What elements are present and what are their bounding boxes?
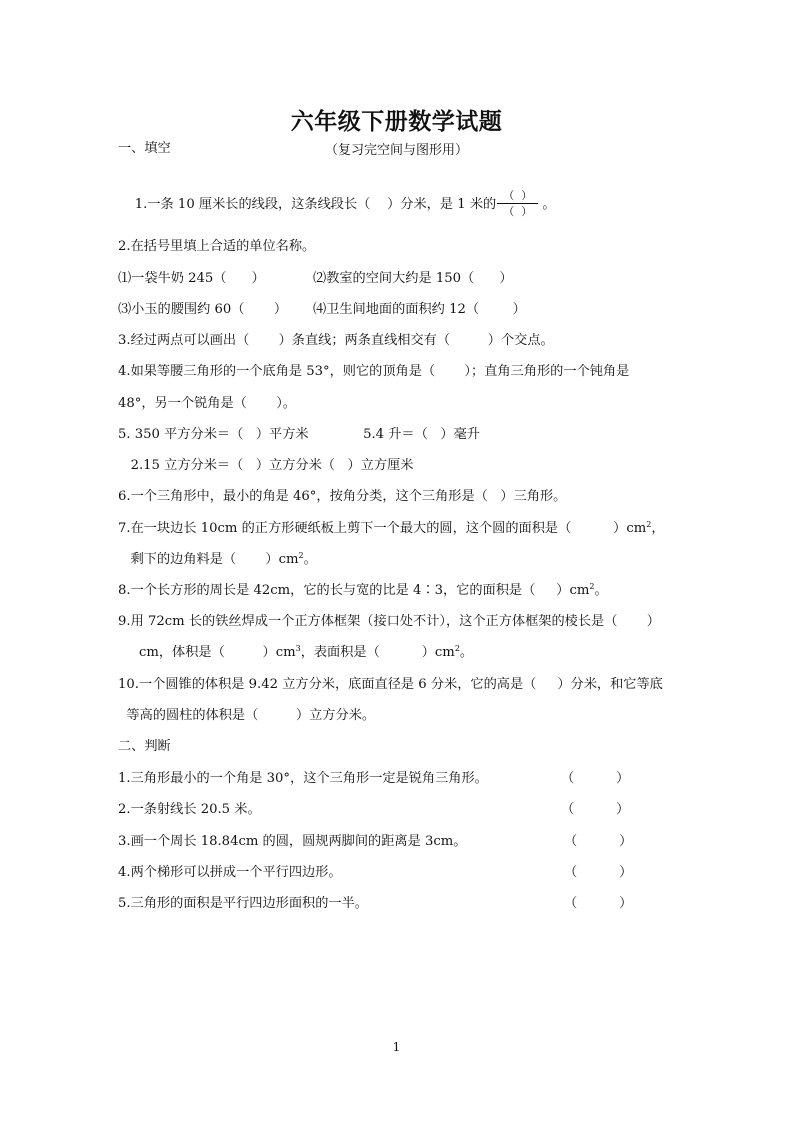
question-2d: ⑷卫生间地面的面积约 12（ ） (313, 301, 526, 319)
section-heading-true-false: 二、判断 (118, 738, 171, 756)
tf-answer-blank-1[interactable]: （ ） (561, 770, 629, 788)
question-10-line-2: 等高的圆柱的体积是（ ）立方分米。 (118, 707, 375, 725)
question-9-line-1: 9.用 72cm 长的铁丝焊成一个正方体框架（接口处不计），这个正方体框架的棱长… (118, 613, 660, 631)
question-tail: 。 (460, 645, 473, 660)
question-6: 6.一个三角形中，最小的角是 46°，按角分类，这个三角形是（ ）三角形。 (118, 488, 566, 506)
question-4-line-2: 48°，另一个锐角是（ ）。 (118, 395, 296, 413)
section-heading-fill-in: 一、填空 (118, 140, 171, 158)
question-3: 3.经过两点可以画出（ ）条直线；两条直线相交有（ ）个交点。 (118, 332, 554, 350)
tf-answer-blank-3[interactable]: （ ） (564, 833, 632, 851)
exam-page: 六年级下册数学试题 （复习完空间与图形用） 一、填空 1.一条 10 厘米长的线… (0, 0, 793, 1122)
question-tail: ， (651, 521, 664, 536)
question-tail: 。 (538, 197, 555, 212)
question-tail: 。 (304, 552, 317, 567)
question-1: 1.一条 10 厘米长的线段，这条线段长（ ）分米，是 1 米的（ ）（ ） 。 (118, 172, 556, 237)
question-10-line-1: 10.一个圆锥的体积是 9.42 立方分米，底面直径是 6 分米，它的高是（ ）… (118, 676, 663, 694)
page-title: 六年级下册数学试题 (0, 103, 793, 136)
question-text: 1.一条 10 厘米长的线段，这条线段长（ ）分米，是 1 米的 (135, 197, 496, 212)
tf-answer-blank-5[interactable]: （ ） (564, 895, 632, 913)
fraction-denominator: （ ） (497, 204, 538, 218)
tf-item-4: 4.两个梯形可以拼成一个平行四边形。 (118, 864, 342, 882)
question-text: 8.一个长方形的周长是 42cm，它的长与宽的比是 4∶3，它的面积是（ ）cm (118, 583, 589, 598)
page-number: 1 (0, 1040, 793, 1054)
tf-item-5: 5.三角形的面积是平行四边形面积的一半。 (118, 895, 368, 913)
question-2: 2.在括号里填上合适的单位名称。 (118, 238, 315, 256)
question-text: 剩下的边角料是（ ）cm (118, 552, 299, 567)
question-4-line-1: 4.如果等腰三角形的一个底角是 53°，则它的顶角是（ ）；直角三角形的一个钝角… (118, 363, 629, 381)
question-7-line-2: 剩下的边角料是（ ）cm2。 (118, 551, 317, 569)
tf-item-3: 3.画一个周长 18.84cm 的圆，圆规两脚间的距离是 3cm。 (118, 833, 466, 851)
question-8: 8.一个长方形的周长是 42cm，它的长与宽的比是 4∶3，它的面积是（ ）cm… (118, 582, 608, 600)
tf-item-2: 2.一条射线长 20.5 米。 (118, 801, 261, 819)
question-2c: ⑶小玉的腰围约 60（ ） (118, 301, 287, 319)
question-text: cm，体积是（ ）cm (118, 645, 296, 660)
question-2b: ⑵教室的空间大约是 150（ ） (313, 270, 513, 288)
question-7-line-1: 7.在一块边长 10cm 的正方形硬纸板上剪下一个最大的圆，这个圆的面积是（ ）… (118, 520, 665, 538)
question-tail: 。 (594, 583, 607, 598)
question-2a: ⑴一袋牛奶 245（ ） (118, 270, 265, 288)
fraction-blank: （ ）（ ） (497, 189, 538, 218)
question-text: 7.在一块边长 10cm 的正方形硬纸板上剪下一个最大的圆，这个圆的面积是（ ）… (118, 521, 646, 536)
question-text: ，表面积是（ ）cm (301, 645, 455, 660)
fraction-numerator: （ ） (497, 189, 538, 204)
question-5-line-1: 5. 350 平方分米＝（ ）平方米 5.4 升＝（ ）毫升 (118, 426, 480, 444)
tf-item-1: 1.三角形最小的一个角是 30°，这个三角形一定是锐角三角形。 (118, 770, 488, 788)
question-9-line-2: cm，体积是（ ）cm3，表面积是（ ）cm2。 (118, 644, 473, 662)
tf-answer-blank-4[interactable]: （ ） (564, 864, 632, 882)
question-5-line-2: 2.15 立方分米＝（ ）立方分米（ ）立方厘米 (118, 457, 413, 475)
tf-answer-blank-2[interactable]: （ ） (561, 801, 629, 819)
